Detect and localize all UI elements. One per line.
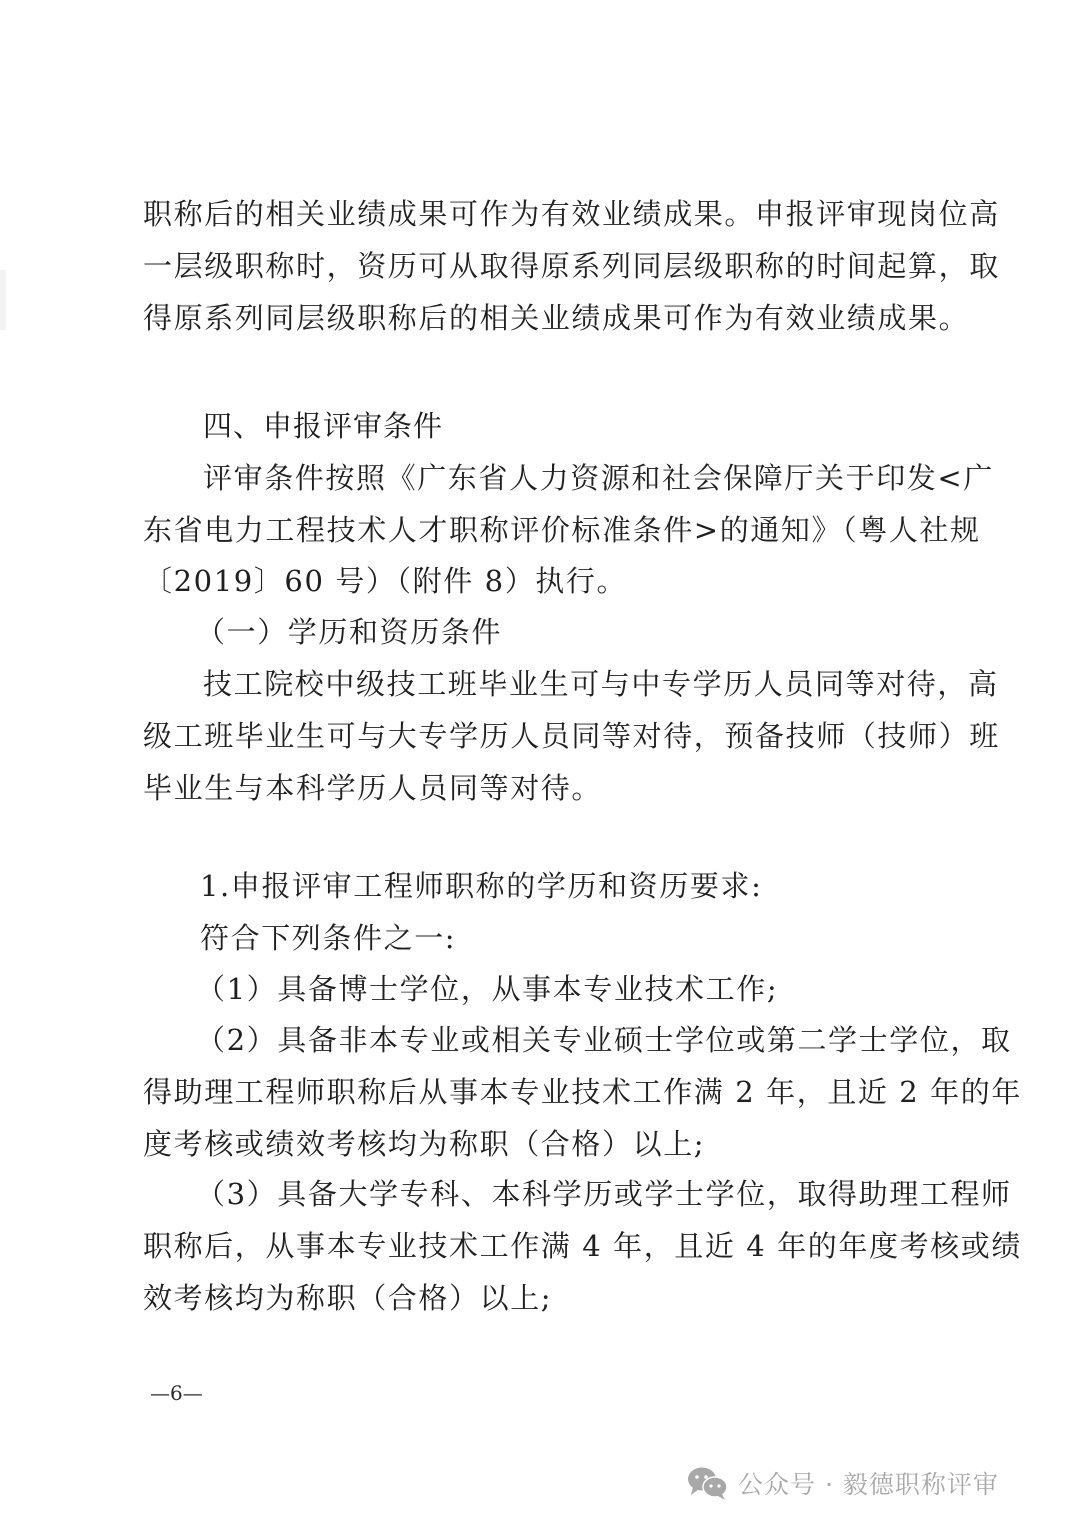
condition-2-line-3: 度考核或绩效考核均为称职（合格）以上;	[143, 1126, 943, 1162]
condition-1-line-1: （1）具备博士学位，从事本专业技术工作;	[196, 971, 996, 1007]
condition-3-line-3: 效考核均为称职（合格）以上;	[143, 1280, 943, 1316]
equivalence-line-3: 毕业生与本科学历人员同等对待。	[143, 770, 943, 806]
continuation-line-1: 职称后的相关业绩成果可作为有效业绩成果。申报评审现岗位高	[143, 196, 943, 232]
condition-3-line-2: 职称后，从事本专业技术工作满 4 年，且近 4 年的年度考核或绩	[143, 1228, 943, 1264]
watermark: 公众号 · 毅德职称评审	[686, 1465, 999, 1501]
condition-2-line-2: 得助理工程师职称后从事本专业技术工作满 2 年，且近 2 年的年	[143, 1074, 943, 1110]
equivalence-line-1: 技工院校中级技工班毕业生可与中专学历人员同等对待，高	[203, 666, 1003, 702]
section-heading: 四、申报评审条件	[203, 408, 1003, 444]
continuation-line-2: 一层级职称时，资历可从取得原系列同层级职称的时间起算，取	[143, 248, 943, 284]
scan-edge-artifact	[0, 270, 6, 330]
equivalence-line-2: 级工班毕业生可与大专学历人员同等对待，预备技师（技师）班	[143, 718, 943, 754]
item-intro: 符合下列条件之一:	[200, 920, 1000, 956]
criteria-line-1: 评审条件按照《广东省人力资源和社会保障厅关于印发<广	[203, 460, 1003, 496]
page-number: —6—	[150, 1381, 203, 1405]
condition-2-line-1: （2）具备非本专业或相关专业硕士学位或第二学士学位，取	[196, 1022, 996, 1058]
item-heading: 1.申报评审工程师职称的学历和资历要求:	[200, 868, 1000, 904]
criteria-line-2: 东省电力工程技术人才职称评价标准条件>的通知》（粤人社规	[143, 512, 943, 548]
wechat-icon	[686, 1465, 730, 1501]
criteria-line-3: 〔2019〕60 号）（附件 8）执行。	[143, 563, 943, 599]
subsection-heading: （一）学历和资历条件	[196, 614, 996, 650]
watermark-text: 公众号 · 毅德职称评审	[738, 1465, 999, 1501]
continuation-line-3: 得原系列同层级职称后的相关业绩成果可作为有效业绩成果。	[143, 300, 943, 336]
condition-3-line-1: （3）具备大学专科、本科学历或学士学位，取得助理工程师	[196, 1176, 996, 1212]
document-page: 职称后的相关业绩成果可作为有效业绩成果。申报评审现岗位高 一层级职称时，资历可从…	[0, 0, 1080, 1529]
